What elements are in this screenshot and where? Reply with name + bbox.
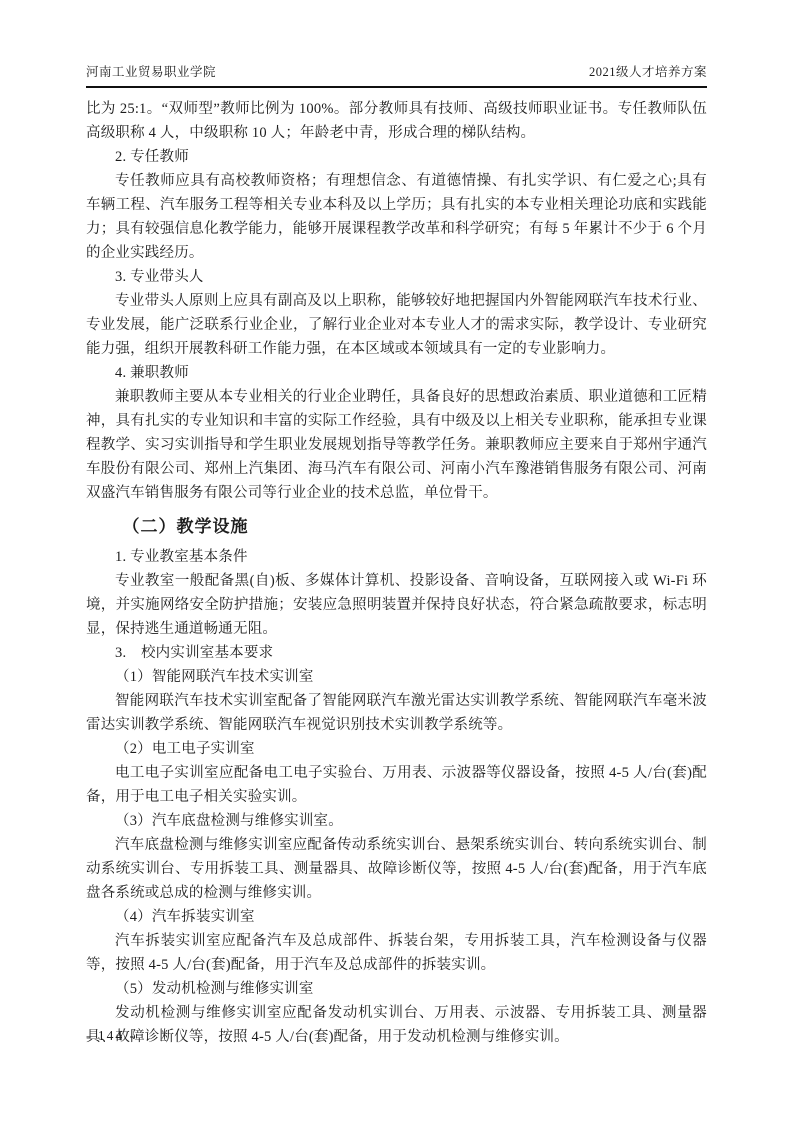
paragraph: 智能网联汽车技术实训室配备了智能网联汽车激光雷达实训教学系统、智能网联汽车毫米波…: [86, 689, 707, 737]
paragraph: 3. 校内实训室基本要求: [86, 641, 707, 665]
paragraph: （2）电工电子实训室: [86, 737, 707, 761]
document-body: 比为 25:1。“双师型”教师比例为 100%。部分教师具有技师、高级技师职业证…: [86, 97, 707, 1049]
paragraph: 2. 专任教师: [86, 145, 707, 169]
paragraph: （5）发动机检测与维修实训室: [86, 977, 707, 1001]
section-heading: （二）教学设施: [86, 514, 707, 540]
paragraph: 专任教师应具有高校教师资格；有理想信念、有道德情操、有扎实学识、有仁爱之心;具有…: [86, 169, 707, 265]
paragraph: 比为 25:1。“双师型”教师比例为 100%。部分教师具有技师、高级技师职业证…: [86, 97, 707, 145]
paragraph: （1）智能网联汽车技术实训室: [86, 665, 707, 689]
header-school-name: 河南工业贸易职业学院: [86, 62, 216, 80]
paragraph: 汽车底盘检测与维修实训室应配备传动系统实训台、悬架系统实训台、转向系统实训台、制…: [86, 833, 707, 905]
paragraph: 汽车拆装实训室应配备汽车及总成部件、拆装台架，专用拆装工具，汽车检测设备与仪器等…: [86, 929, 707, 977]
page-number: - 144 -: [86, 1028, 136, 1044]
paragraph: 兼职教师主要从本专业相关的行业企业聘任，具备良好的思想政治素质、职业道德和工匠精…: [86, 385, 707, 505]
paragraph: 电工电子实训室应配备电工电子实验台、万用表、示波器等仪器设备，按照 4-5 人/…: [86, 761, 707, 809]
paragraph: （4）汽车拆装实训室: [86, 905, 707, 929]
document-page: 河南工业贸易职业学院 2021级人才培养方案 比为 25:1。“双师型”教师比例…: [0, 0, 793, 1122]
paragraph: 专业教室一般配备黑(自)板、多媒体计算机、投影设备、音响设备，互联网接入或 Wi…: [86, 569, 707, 641]
paragraph: 专业带头人原则上应具有副高及以上职称，能够较好地把握国内外智能网联汽车技术行业、…: [86, 289, 707, 361]
paragraph: （3）汽车底盘检测与维修实训室。: [86, 809, 707, 833]
page-header: 河南工业贸易职业学院 2021级人才培养方案: [86, 62, 707, 88]
header-document-title: 2021级人才培养方案: [589, 62, 707, 80]
paragraph: 发动机检测与维修实训室应配备发动机实训台、万用表、示波器、专用拆装工具、测量器具…: [86, 1001, 707, 1049]
paragraph: 1. 专业教室基本条件: [86, 545, 707, 569]
paragraph: 4. 兼职教师: [86, 361, 707, 385]
paragraph: 3. 专业带头人: [86, 265, 707, 289]
